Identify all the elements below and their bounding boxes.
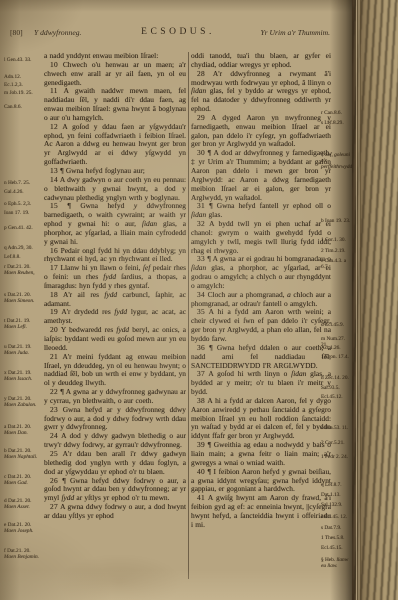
verse-30: 30 ¶ A dod ar ddwyfronneg y farnedigaeth… (191, 149, 331, 202)
margin-note: Ioan 17. 19. (4, 210, 42, 216)
verse-number: 23 (50, 405, 58, 414)
verse-number: 34 (197, 290, 205, 299)
verse-number: 22 (50, 387, 58, 396)
margin-note: b Dat.21. 20. Maen Naphtali. (4, 448, 42, 460)
margin-note: l Gen.43. 33. (4, 57, 42, 63)
left-margin-notes-column: l Gen.43. 33.Adn.12.Ec.1.2,3.m Job.19. 2… (4, 52, 42, 584)
margin-note: m Job.19. 25. (4, 90, 42, 96)
verse-number: 20 (50, 325, 58, 334)
verse-number: 21 (50, 352, 58, 361)
verse-22: 22 ¶ A gwna ar y ddwyfronneg gadwynau ar… (44, 388, 186, 406)
verse-18: 18 A'r ail res fydd carbuncl, ſaphir, ac… (44, 291, 186, 309)
right-margin-notes-column: r Can.8.6.s Lef.8.29.‡ Sef, goleuni a'r … (321, 52, 351, 584)
verse-number: 29 (197, 113, 205, 122)
margin-note: 1 Cor.1. 30. (321, 237, 351, 243)
page-edge-lines (356, 0, 361, 600)
verse-21: 21 A'r meini fyddant ag enwau meibion Iſ… (44, 353, 186, 388)
verse-25: 25 A'r ddau ben arall i'r ddwy gadwyn bl… (44, 450, 186, 477)
text-column-left: a nadd ynddynt enwau meibion Iſrael:10 C… (44, 52, 186, 579)
verse-32: 32 A bydd twll yn ei phen uchaf ar ei ch… (191, 220, 331, 255)
verse-number: 11 (50, 86, 58, 95)
margin-note: s Dat.7.9. (321, 525, 351, 531)
margin-note: Sal.132.9. (321, 502, 351, 508)
verse-number: 28 (197, 69, 205, 78)
verse-number: 35 (197, 307, 205, 316)
margin-note: Ec.1.2,3. (4, 82, 42, 88)
verse-number: 32 (197, 219, 205, 228)
verse-11: 11 A gwaith naddwr mewn maen, fel naddia… (44, 87, 186, 122)
verse-number: 38 (197, 396, 205, 405)
verse-number: 27 (50, 502, 58, 511)
verse-number: 16 (50, 246, 58, 255)
margin-note: § Heb. llanw eu llaw. (321, 557, 351, 569)
margin-note: 1 Cron. 17.4. (321, 354, 351, 360)
margin-note: 1 Thes.5.8. (321, 535, 351, 541)
verse-33: 33 ¶ A gwna ar ei godrau hi bomgranadau … (191, 255, 331, 290)
margin-note: f Dat.21. 20. Maen Benjamin. (4, 548, 42, 560)
verse-27: 27 A gwna ddwy fodrwy o aur, a dod hwynt… (44, 503, 186, 521)
running-title-right: Yr Urim a'r Thummim. (260, 28, 330, 37)
margin-note: d Dat.21. 20. Maen Asser. (4, 498, 42, 510)
text-column-right: oddi tanodd, tua'i thu blaen, ar gyfer e… (191, 52, 331, 579)
margin-note: p Gen.41. 42. (4, 225, 42, 231)
column-divider-rule (188, 52, 189, 579)
margin-note: Adn.12. (4, 74, 42, 80)
verse-24: 24 A dod y ddwy gadwyn blethedig o aur t… (44, 432, 186, 450)
margin-note: Lef.8.8. (4, 254, 42, 260)
verse-28: 28 A'r ddwyfronneg a rwymant â'i modrwya… (191, 70, 331, 114)
verse-14: 14 A dwy gadwyn o aur coeth yn eu pennau… (44, 176, 186, 203)
margin-note: q Lef.8.7. (321, 482, 351, 488)
verse-number: 19 (50, 307, 58, 316)
opposite-page-edge (352, 0, 398, 600)
margin-note: Gal.4.26. (4, 189, 42, 195)
verse-number: 12 (50, 122, 58, 131)
margin-note: Ecl.45.12. (321, 394, 351, 400)
margin-note: r Can.8.6. (321, 110, 351, 116)
verse-17: 17 Llanw hi yn llawn o feini, ſef pedair… (44, 264, 186, 291)
margin-note: x Dat.21. 19. Maen Issach. (4, 370, 42, 382)
verse-number: 39 (197, 440, 205, 449)
verse-number: 40 (197, 467, 205, 476)
margin-note: 2 Cor.5.21. (321, 440, 351, 446)
verse-39: 39 ¶ Gweithia ag edau a nodwydd y bais o… (191, 441, 331, 468)
margin-note: n Heb.7. 25. (4, 180, 42, 186)
verse-29: 29 A dyged Aaron yn nwyfronneg y farnedi… (191, 114, 331, 149)
verse-19: 19 A'r drydedd res fydd lygur, ac acat, … (44, 308, 186, 326)
verse-number: 14 (50, 175, 58, 184)
verse-31: 31 ¶ Gwna hefyd fantell yr ephod oll o ſ… (191, 202, 331, 220)
verse-40: 40 ¶ I feibion Aaron hefyd y gwnai beiſi… (191, 468, 331, 495)
verse-41: 41 A gwiſg hwynt am Aaron dy frawd, a'i … (191, 494, 331, 529)
margin-note: a Dat.21. 20. Maen Dan. (4, 424, 42, 436)
verse-35: 35 A hi a fydd am Aaron wrth weini; a ch… (191, 308, 331, 343)
margin-note: ‡ Sef, goleuni a'r perffeithrwydd. (321, 152, 351, 170)
verse-number: 31 (197, 201, 205, 210)
verse-12: 12 A goſod y ddau faen ar yſgwyddau'r ep… (44, 123, 186, 167)
verse-15: 15 ¶ Gwna hefyd y ddwyfronneg barnedigae… (44, 202, 186, 246)
verse-36: 36 ¶ Gwna hefyd ddalen o aur coeth; a na… (191, 344, 331, 371)
margin-note: c Can.4.3. a 6.7. (321, 258, 351, 270)
running-header: [80] Y ddwyfronneg. ECSODUS. Yr Urim a'r… (10, 27, 332, 41)
margin-note: t Dat.21. 19. Maen Lefi. (4, 318, 42, 330)
verse-34: 34 Cloch aur a phomgranad, a chloch aur … (191, 291, 331, 309)
margin-note: 2 Tim.2.19. (321, 248, 351, 254)
margin-note: e Dat.21. 20. Maen Joseph. (4, 522, 42, 534)
margin-note: r Dat.21. 20. Maen Reuben, (4, 264, 42, 276)
verse-10: 10 Chwech o'u henwau ar un maen; a'r chw… (44, 61, 186, 88)
verse-number: 25 (50, 449, 58, 458)
margin-note: b Ioan 19. 23. (321, 218, 351, 224)
margin-note: s Dat.21. 20. Maen Simeon. (4, 292, 42, 304)
verse-20: 20 Y bedwaredd res fydd beryl, ac onics,… (44, 326, 186, 353)
margin-note: Act.1.26. (321, 345, 351, 351)
margin-note: Can.8.6. (4, 104, 42, 110)
margin-note: o Eph.5. 2,3. (4, 201, 42, 207)
running-title-left: Y ddwyfronneg. (34, 28, 81, 37)
verse-37: 37 A goſod hi wrth linyn o ſidan glas, a… (191, 370, 331, 397)
verse-number: 10 (50, 60, 58, 69)
margin-note: r Ecl.45. 12. (321, 514, 351, 520)
verse-number: 17 (50, 263, 58, 272)
verse-16: 16 Pedair ongl fydd hi yn ddau ddyblyg; … (44, 247, 186, 265)
verse-number: 18 (50, 290, 58, 299)
verse-26: 26 ¶ Gwna hefyd ddwy fodrwy o aur, a goſ… (44, 477, 186, 504)
page-number-mark: [80] (10, 28, 23, 37)
verse-continuation: oddi tanodd, tua'i thu blaen, ar gyfer e… (191, 52, 331, 70)
margin-note: Ecl.45.15. (321, 545, 351, 551)
margin-note: d Ecl.45.9. (321, 322, 351, 328)
verse-number: 26 (50, 476, 58, 485)
margin-note: y Dat.21. 20. Maen Zabulon. (4, 396, 42, 408)
verse-number: 15 (50, 201, 58, 210)
margin-note: q Adn.29, 30. (4, 245, 42, 251)
margin-note: n Zec.14. 20. (321, 375, 351, 381)
verse-number: 37 (197, 369, 205, 378)
margin-note: u Dat.21. 19. Maen Juda. (4, 344, 42, 356)
scanned-bible-page-photo: [80] Y ddwyfronneg. ECSODUS. Yr Urim a'r… (0, 0, 398, 600)
verse-23: 23 Gwna hefyd ar y ddwyfronneg ddwy fodr… (44, 406, 186, 433)
verse-number: 36 (197, 343, 205, 352)
verse-38: 38 A hi a fydd ar dalcen Aaron, fel y dy… (191, 397, 331, 441)
verse-number: 13 (50, 166, 58, 175)
margin-note: 1 Pedr 2. 24. (321, 454, 351, 460)
verse-number: 33 (197, 254, 205, 263)
verse-number: 30 (197, 148, 205, 157)
margin-note: Dat.1.13. (321, 492, 351, 498)
margin-note: c Dat.21. 20. Maen Gad. (4, 474, 42, 486)
margin-note: s Lef.8.29. (321, 120, 351, 126)
margin-note: o Esa.53. 11. (321, 425, 351, 431)
verse-number: 41 (197, 493, 205, 502)
margin-note: Sal.93.5. (321, 385, 351, 391)
verse-number: 24 (50, 431, 58, 440)
book-title: ECSODUS. (141, 27, 215, 37)
